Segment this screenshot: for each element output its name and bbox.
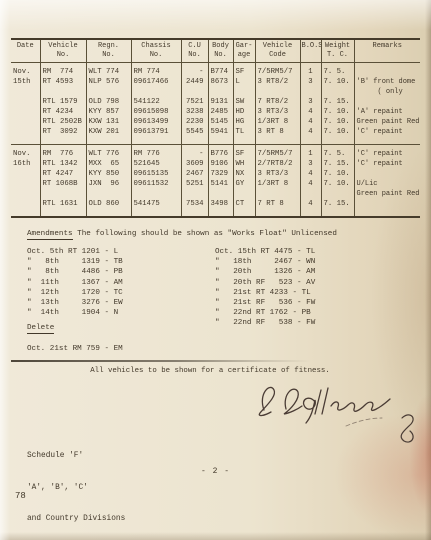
table-cell: 541475 — [131, 199, 181, 217]
table-cell: 3 — [300, 97, 321, 107]
amendment-entry: " 11th 1367 - AM — [27, 278, 123, 288]
table-cell: 7. 10. — [321, 77, 354, 87]
table-cell — [11, 179, 40, 189]
amendment-entry: " 8th 4486 - PB — [27, 267, 123, 277]
table-cell: 4 — [300, 169, 321, 179]
table-cell: ( only — [354, 87, 420, 97]
table-row: Nov.RM 776WLT 776RM 776-B776SF7/5RM5/717… — [11, 145, 420, 160]
table-cell — [181, 87, 208, 97]
table-cell: Nov. — [11, 63, 40, 78]
table-cell — [354, 97, 420, 107]
column-header: Vehicle No. — [40, 39, 86, 63]
table-cell: WLT 776 — [86, 145, 131, 160]
table-cell: 541122 — [131, 97, 181, 107]
table-cell: B776 — [208, 145, 233, 160]
table-cell: Green paint Red — [354, 117, 420, 127]
table-cell: 3 RT3/3 — [255, 107, 300, 117]
table-cell — [40, 87, 86, 97]
table-cell: 7329 — [208, 169, 233, 179]
table-cell: TL — [233, 127, 255, 145]
table-cell: KXW 131 — [86, 117, 131, 127]
table-cell: 4 — [300, 199, 321, 217]
table-cell: 'C' repaint — [354, 127, 420, 145]
table-cell: 7. 15. — [321, 159, 354, 169]
amendments-right-column: Oct. 15th RT 4475 - TL" 18th 2467 - WN" … — [215, 247, 315, 329]
corner-sheet-number: 78 — [15, 491, 26, 501]
table-cell: 09613499 — [131, 117, 181, 127]
table-cell: HD — [233, 107, 255, 117]
table-cell: 7534 — [181, 199, 208, 217]
table-row: 16thRTL 1342MXX 6552164536099106WH2/7RT8… — [11, 159, 420, 169]
table-cell: Nov. — [11, 145, 40, 160]
table-cell — [11, 189, 40, 199]
table-row: RTL 1579OLD 79854112275219131SW7 RT8/237… — [11, 97, 420, 107]
table-cell: 5545 — [181, 127, 208, 145]
table-row: RTL 1631OLD 86054147575343498CT7 RT 847.… — [11, 199, 420, 217]
table-cell: 3238 — [181, 107, 208, 117]
table-cell: Green paint Red — [354, 189, 420, 199]
table-cell: 09615098 — [131, 107, 181, 117]
table-cell: 5141 — [208, 179, 233, 189]
column-header: Date — [11, 39, 40, 63]
table-cell: 5251 — [181, 179, 208, 189]
table-cell — [354, 199, 420, 217]
table-cell: RM 774 — [131, 63, 181, 78]
table-cell: 1/3RT 8 — [255, 179, 300, 189]
table-cell: B774 — [208, 63, 233, 78]
amendment-entry: " 22nd RF 538 - FW — [215, 318, 315, 328]
table-cell: 7. 10. — [321, 169, 354, 179]
table-cell: 7521 — [181, 97, 208, 107]
table-cell — [181, 189, 208, 199]
table-cell: 9131 — [208, 97, 233, 107]
vehicle-record-table: DateVehicle No.Regn. No.Chassis No.C.U N… — [11, 38, 420, 218]
amendments-left-column: Oct. 5th RT 1201 - L" 8th 1319 - TB" 8th… — [27, 247, 123, 318]
table-cell — [11, 117, 40, 127]
column-header: Vehicle Code — [255, 39, 300, 63]
table-row: RT 4247KYY 8500961513524677329NX3 RT3/34… — [11, 169, 420, 179]
table-row: RT 1068BJXN 960961153252515141GY1/3RT 84… — [11, 179, 420, 189]
table-cell: 7. 5. — [321, 63, 354, 78]
table-cell: 3 RT3/3 — [255, 169, 300, 179]
table-cell: 7. 10. — [321, 117, 354, 127]
table-cell: WH — [233, 159, 255, 169]
amendment-entry: " 22nd RT 1762 - PB — [215, 308, 315, 318]
column-header: Gar- age — [233, 39, 255, 63]
table-row: RT 3092KXW 2010961379155455941TL3 RT 847… — [11, 127, 420, 145]
table-cell — [11, 87, 40, 97]
amendment-entry: " 8th 1319 - TB — [27, 257, 123, 267]
table-cell: 7. 15. — [321, 199, 354, 217]
column-header: Weight T. C. — [321, 39, 354, 63]
table-cell: - — [181, 63, 208, 78]
table-cell: 3 — [300, 159, 321, 169]
table-cell: 2485 — [208, 107, 233, 117]
table-cell — [40, 189, 86, 199]
table-cell — [131, 189, 181, 199]
table-cell: 09613791 — [131, 127, 181, 145]
table-cell: 16th — [11, 159, 40, 169]
amendment-entry: " 13th 3276 - EW — [27, 298, 123, 308]
table-cell: 4 — [300, 127, 321, 145]
table-cell: 7. 10. — [321, 107, 354, 117]
table-cell: 4 — [300, 179, 321, 189]
table-cell: NLP 576 — [86, 77, 131, 87]
table-cell: 2449 — [181, 77, 208, 87]
table-cell: 2230 — [181, 117, 208, 127]
table-cell: SF — [233, 63, 255, 78]
table-row: ( only — [11, 87, 420, 97]
amendment-entry: " 21st RF 536 - FW — [215, 298, 315, 308]
column-header: Chassis No. — [131, 39, 181, 63]
table-cell: 521645 — [131, 159, 181, 169]
table-cell: 4 — [300, 117, 321, 127]
table-cell: 9106 — [208, 159, 233, 169]
table-cell: 7/5RM5/7 — [255, 63, 300, 78]
table-cell: RTL 2502B — [40, 117, 86, 127]
scanned-document-page: DateVehicle No.Regn. No.Chassis No.C.U N… — [0, 0, 431, 540]
table-cell: 3498 — [208, 199, 233, 217]
table-cell: 3 — [300, 77, 321, 87]
table-cell — [300, 189, 321, 199]
amendments-heading: Amendments — [27, 230, 73, 240]
table-cell: NX — [233, 169, 255, 179]
table-cell — [208, 87, 233, 97]
table-cell: - — [181, 145, 208, 160]
delete-heading: Delete — [27, 324, 54, 334]
table-cell: 09615135 — [131, 169, 181, 179]
delete-entry: Oct. 21st RM 759 - EM — [27, 344, 123, 354]
table-cell: RTL 1631 — [40, 199, 86, 217]
table-cell: 1 — [300, 63, 321, 78]
amendment-entry: Oct. 15th RT 4475 - TL — [215, 247, 315, 257]
table-cell: 09611532 — [131, 179, 181, 189]
schedule-line: and Country Divisions — [27, 514, 125, 525]
table-cell — [300, 87, 321, 97]
table-cell: OLD 860 — [86, 199, 131, 217]
table-cell — [11, 199, 40, 217]
table-cell: RT 3092 — [40, 127, 86, 145]
column-header: Body No. — [208, 39, 233, 63]
table-cell: SW — [233, 97, 255, 107]
table-cell: 1 — [300, 145, 321, 160]
fold-crease-line — [11, 360, 311, 362]
handwritten-signature — [248, 376, 424, 452]
table-cell — [208, 189, 233, 199]
table-cell: RTL 1342 — [40, 159, 86, 169]
table-cell — [86, 87, 131, 97]
table-cell: WLT 774 — [86, 63, 131, 78]
table-cell: KYY 850 — [86, 169, 131, 179]
table-cell: 'C' repaint — [354, 159, 420, 169]
table-cell — [354, 169, 420, 179]
table-cell: SF — [233, 145, 255, 160]
table-cell: 7. 15. — [321, 97, 354, 107]
table-cell: 7 RT 8 — [255, 199, 300, 217]
table-row: Green paint Red — [11, 189, 420, 199]
table-cell — [131, 87, 181, 97]
table-cell: RT 1068B — [40, 179, 86, 189]
page-number: - 2 - — [0, 467, 431, 477]
table-row: RTL 2502BKXW 1310961349922305145HG1/3RT … — [11, 117, 420, 127]
table-cell: 4 — [300, 107, 321, 117]
table-cell: MXX 65 — [86, 159, 131, 169]
table-cell: L — [233, 77, 255, 87]
table-cell: CT — [233, 199, 255, 217]
table-cell — [11, 169, 40, 179]
table-cell: OLD 798 — [86, 97, 131, 107]
table-cell: 3 RT 8 — [255, 127, 300, 145]
table-cell: JXN 96 — [86, 179, 131, 189]
table-cell — [11, 107, 40, 117]
table-cell: RTL 1579 — [40, 97, 86, 107]
table-cell: RM 776 — [131, 145, 181, 160]
schedule-line: Schedule 'F' — [27, 451, 125, 462]
table-cell: RM 774 — [40, 63, 86, 78]
amendments-heading-text: The following should be shown as "Works … — [73, 230, 337, 238]
amendments-heading-line: Amendments The following should be shown… — [27, 229, 337, 239]
table-cell: 09617466 — [131, 77, 181, 87]
column-header: Remarks — [354, 39, 420, 63]
schedule-line: 'A', 'B', 'C' — [27, 483, 125, 494]
table-cell — [255, 189, 300, 199]
fitness-note: All vehicles to be shown for a certifica… — [60, 366, 360, 376]
table-cell: 7. 10. — [321, 179, 354, 189]
table-cell — [321, 87, 354, 97]
table-row: 15thRT 4593NLP 5760961746624498673L3 RT8… — [11, 77, 420, 87]
table-cell: 3 RT8/2 — [255, 77, 300, 87]
amendment-entry: " 12th 1720 - TC — [27, 288, 123, 298]
table-cell: 3609 — [181, 159, 208, 169]
table-cell: KXW 201 — [86, 127, 131, 145]
table-cell: KYY 857 — [86, 107, 131, 117]
table-cell: RT 4234 — [40, 107, 86, 117]
column-header: B.O.S — [300, 39, 321, 63]
table-cell — [86, 189, 131, 199]
amendment-entry: " 14th 1904 - N — [27, 308, 123, 318]
table-cell — [233, 87, 255, 97]
table-cell — [233, 189, 255, 199]
amendment-entry: Oct. 5th RT 1201 - L — [27, 247, 123, 257]
table-cell: RT 4247 — [40, 169, 86, 179]
table-cell: 8673 — [208, 77, 233, 87]
vehicle-table-body: Nov.RM 774WLT 774RM 774-B774SF7/5RM5/717… — [11, 63, 420, 218]
table-cell: 7. 10. — [321, 127, 354, 145]
amendment-entry: " 21st RT 4233 - TL — [215, 288, 315, 298]
table-cell: 'B' front dome — [354, 77, 420, 87]
amendment-entry: " 18th 2467 - WN — [215, 257, 315, 267]
column-header: Regn. No. — [86, 39, 131, 63]
table-cell — [354, 63, 420, 78]
table-cell — [11, 127, 40, 145]
table-cell: 2/7RT8/2 — [255, 159, 300, 169]
table-cell: 2467 — [181, 169, 208, 179]
table-cell: HG — [233, 117, 255, 127]
table-row: RT 4234KYY 8570961509832382485HD3 RT3/34… — [11, 107, 420, 117]
table-cell — [321, 189, 354, 199]
table-cell: U/Lic — [354, 179, 420, 189]
table-cell: 1/3RT 8 — [255, 117, 300, 127]
table-cell: 7/5RM5/7 — [255, 145, 300, 160]
table-cell: GY — [233, 179, 255, 189]
delete-heading-line: Delete — [27, 323, 54, 333]
table-cell: RT 4593 — [40, 77, 86, 87]
amendment-entry: " 20th 1326 - AM — [215, 267, 315, 277]
schedule-footer-block: Schedule 'F' 'A', 'B', 'C' and Country D… — [27, 430, 125, 540]
table-cell: 5145 — [208, 117, 233, 127]
amendment-entry: " 20th RF 523 - AV — [215, 278, 315, 288]
column-header: C.U No. — [181, 39, 208, 63]
table-cell: 5941 — [208, 127, 233, 145]
table-cell — [11, 97, 40, 107]
table-cell: 'C' repaint — [354, 145, 420, 160]
table-cell: 'A' repaint — [354, 107, 420, 117]
table-cell: 15th — [11, 77, 40, 87]
table-cell — [255, 87, 300, 97]
table-cell: 7 RT8/2 — [255, 97, 300, 107]
table-cell: 7. 5. — [321, 145, 354, 160]
table-header-row: DateVehicle No.Regn. No.Chassis No.C.U N… — [11, 39, 420, 63]
table-cell: RM 776 — [40, 145, 86, 160]
table-row: Nov.RM 774WLT 774RM 774-B774SF7/5RM5/717… — [11, 63, 420, 78]
